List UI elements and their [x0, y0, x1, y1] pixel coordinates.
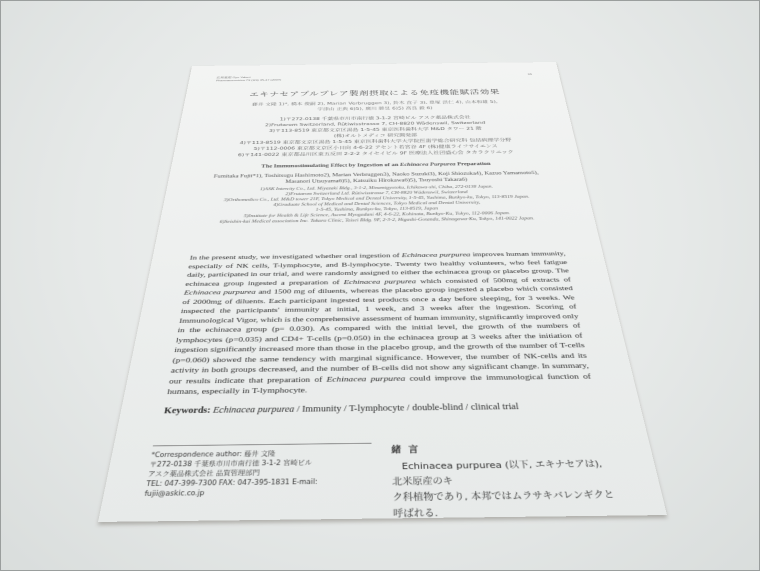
abstract-text: In the present study, we investigated wh… — [189, 252, 402, 261]
abstract-text: which consisted of 500mg of extracts of — [416, 276, 572, 285]
introduction-text: Echinacea purpurea (以下, エキナセアは), 北米原産のキク… — [392, 456, 634, 522]
page-number: 35 — [528, 73, 533, 79]
introduction: 緒言 Echinacea purpurea (以下, エキナセアは), 北米原産… — [391, 440, 633, 522]
japanese-title: エキナセアプルプレア製剤摂取による免疫機能賦活効果 — [213, 87, 536, 99]
bottom-section: *Correspondence author: 藤井 文隆〒272-0138 千… — [133, 440, 633, 522]
keywords-list: / Immunity / T-lymphocyte / double-blind… — [294, 402, 519, 413]
keywords: Keywords: Echinacea purpurea / Immunity … — [158, 401, 603, 415]
printed-paper-document: 応用薬理 Oyo Yakuri Pharmacometrics 73 (3/4)… — [98, 62, 667, 522]
abstract-species-name: Echinacea purpurea — [326, 374, 405, 383]
abstract-species-name: Echinacea purpurea — [402, 251, 471, 258]
introduction-heading: 緒言 — [391, 440, 612, 457]
abstract-species-name: Echinacea purpurea — [183, 289, 256, 297]
english-title-species: Echinacea Purpurea — [400, 162, 456, 167]
keyword-species: Echinacea purpurea — [213, 405, 295, 415]
japanese-authors: 藤井 文隆 1)*, 橋本 俊嗣 2), Marian Verbruggen 3… — [210, 99, 539, 114]
japanese-affiliations: 1)〒272-0138 千葉県市川市南行徳 3-1-2 宮崎ビル アスク薬品株式… — [203, 114, 549, 159]
footnote-line: TEL: 047-399-7300 FAX: 047-395-1831 E-ma… — [144, 476, 372, 499]
abstract-species-name: Echinacea purpurea — [344, 278, 417, 286]
journal-volume: Pharmacometrics 73 (3/4) 35-47 (2007) — [216, 79, 281, 83]
abstract: In the present study, we investigated wh… — [161, 250, 599, 398]
introduction-line: Echinacea purpurea (以下, エキナセアは), 北米原産のキ — [392, 456, 620, 489]
english-title-suffix: Preparation — [455, 162, 491, 167]
english-title-prefix: The Immunostimulating Effect by Ingestio… — [261, 163, 400, 169]
keywords-label: Keywords: — [163, 406, 211, 415]
abstract-text: and 1500 mg of diluents, whereas the pla… — [168, 285, 589, 385]
english-title: The Immunostimulating Effect by Ingestio… — [201, 161, 552, 169]
english-affiliations: 1)ASK Intercity Co., Ltd. Miyazaki Bldg.… — [191, 183, 563, 225]
journal-header: 応用薬理 Oyo Yakuri Pharmacometrics 73 (3/4)… — [216, 73, 533, 82]
correspondence-footnote: *Correspondence author: 藤井 文隆〒272-0138 千… — [133, 442, 372, 521]
